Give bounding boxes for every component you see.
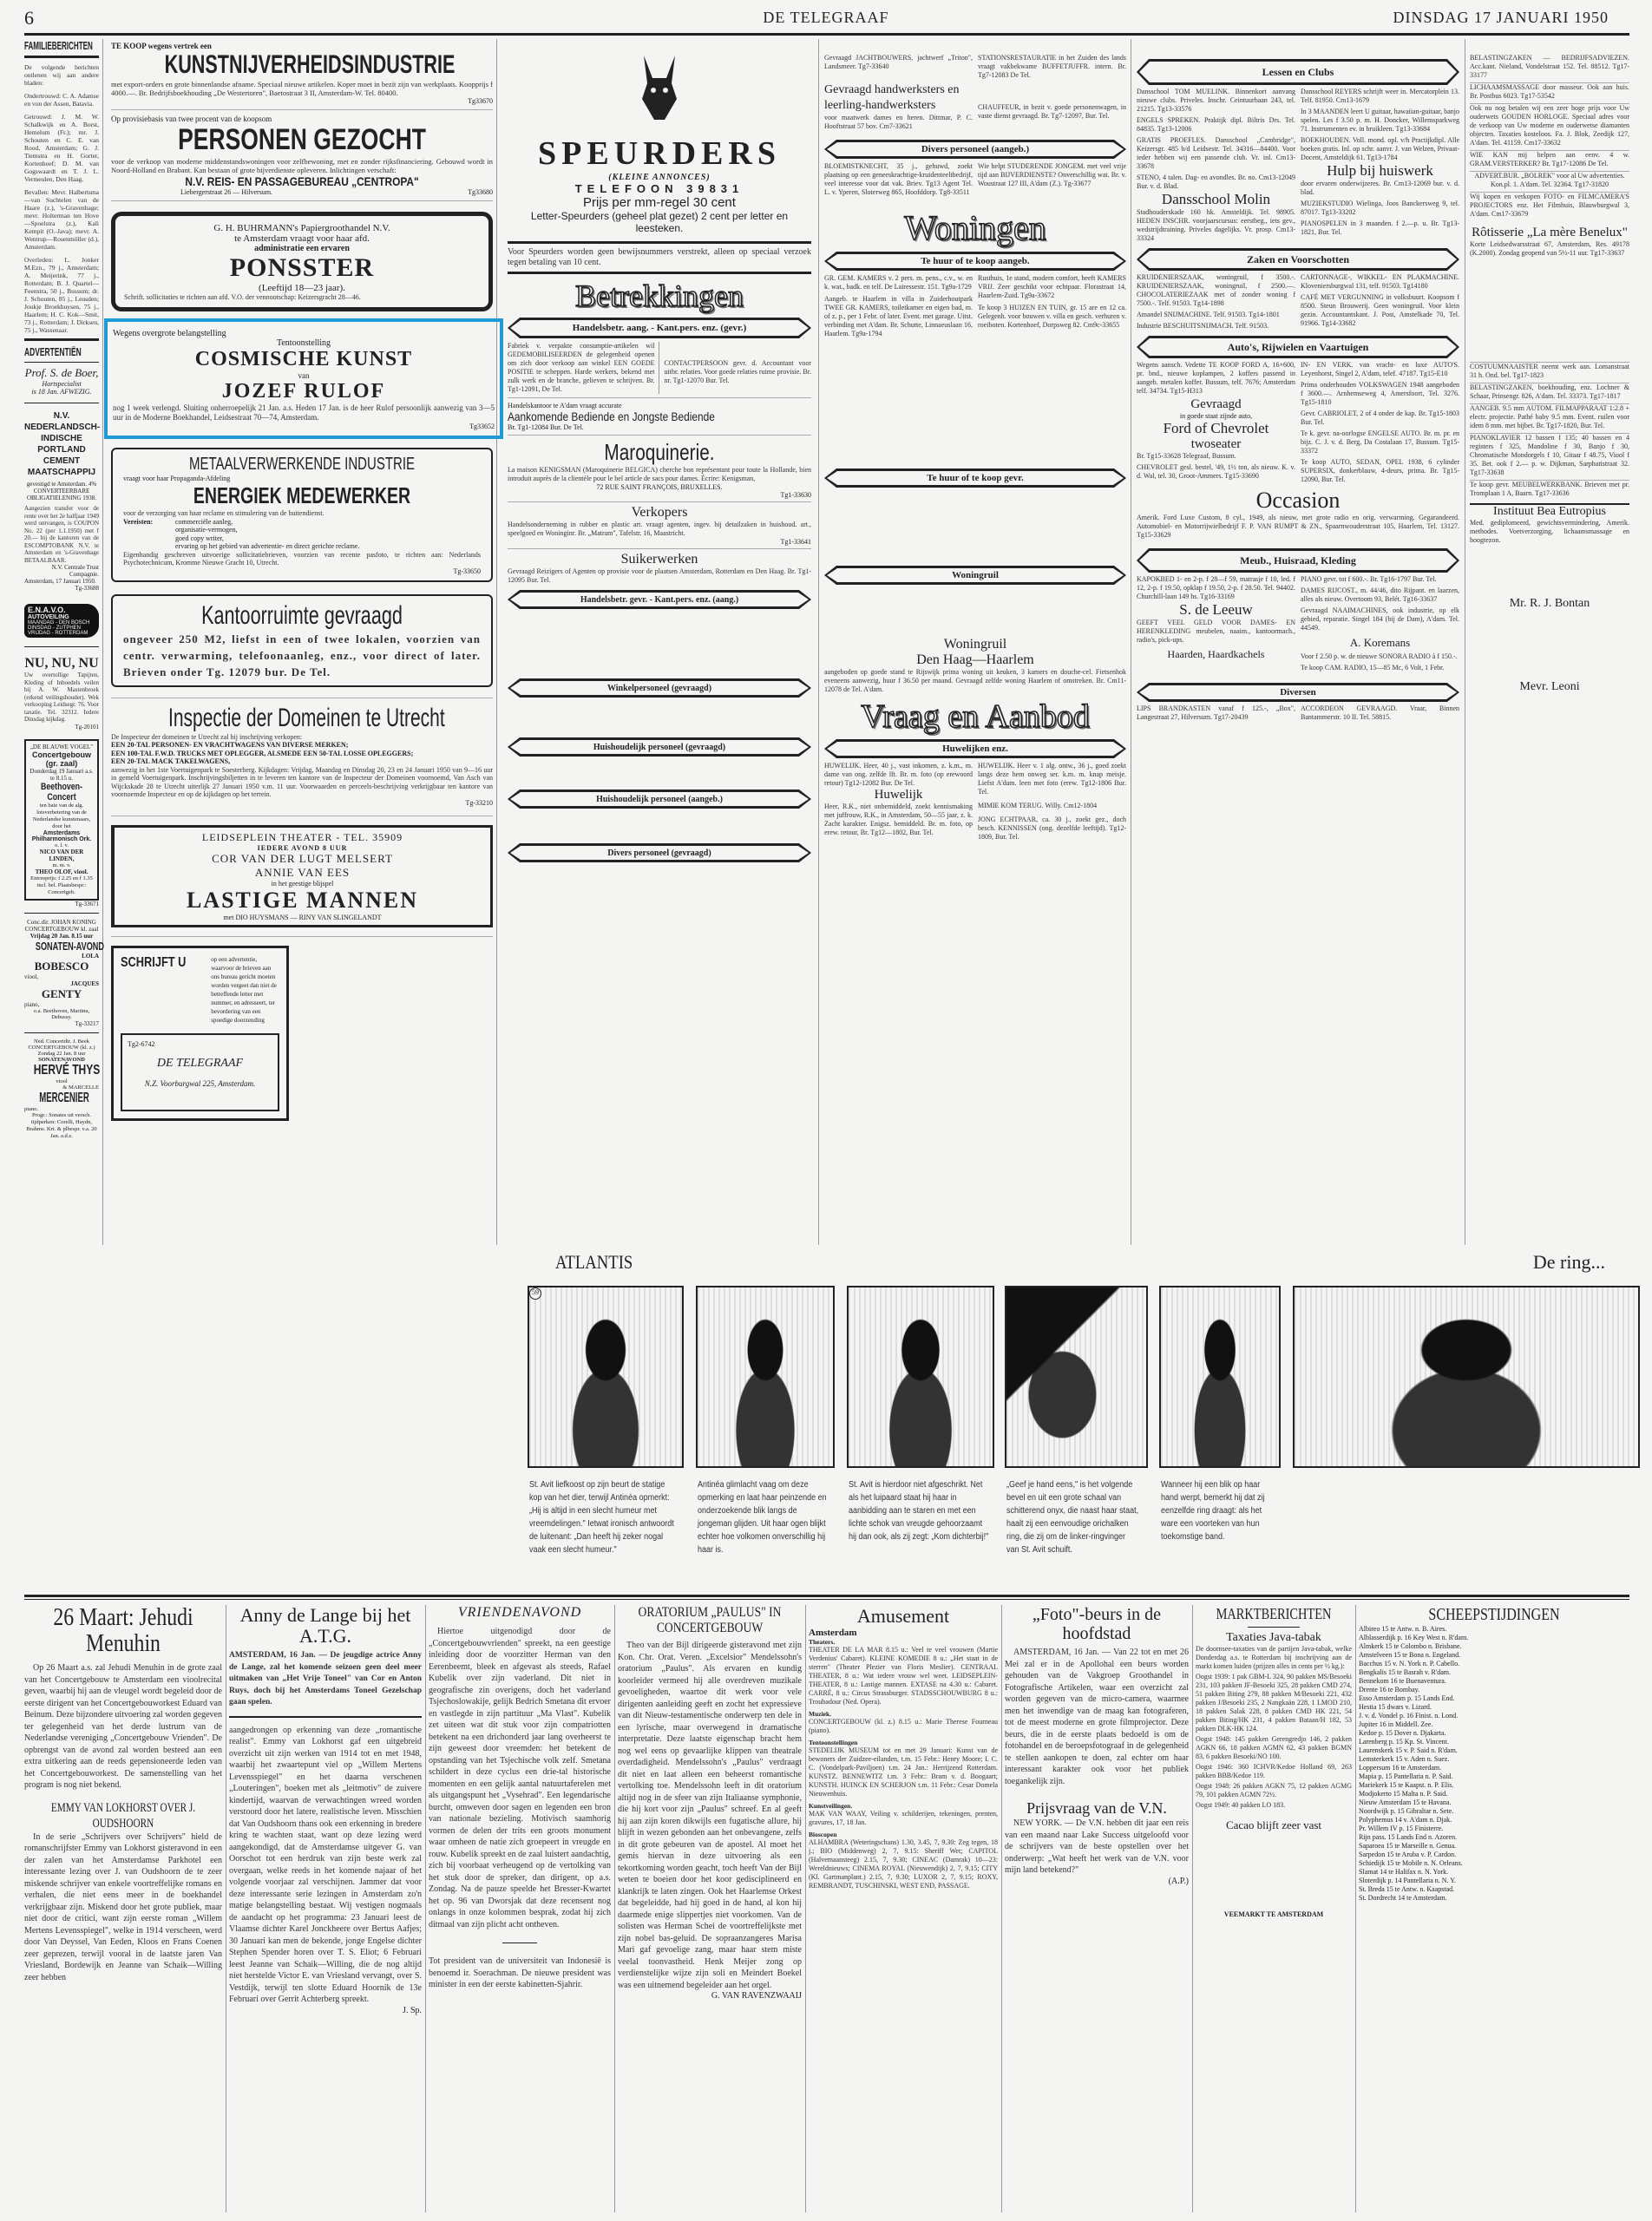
ship-entry: St. Breda 15 te Antw. n. Kaapstad.: [1359, 1885, 1629, 1894]
ship-entry: Rijn pass. 15 Lands End n. Azoren.: [1359, 1833, 1629, 1842]
ship-entry: Almkerk 15 te Colombo n. Brisbane.: [1359, 1642, 1629, 1651]
comic-caption: Wanneer hij een blik op haar hand werpt,…: [1161, 1478, 1278, 1543]
category-banner: Handelsbetr. gevr. - Kant.pers. enz. (aa…: [508, 590, 811, 609]
masthead-rule: [24, 33, 1629, 36]
article-headline: ORATORIUM „PAULUS" IN CONCERTGEBOUW: [632, 1605, 788, 1636]
intro-text: De volgende berichten ontlenen wij aan a…: [24, 63, 99, 87]
category-banner: Huwelijken enz.: [824, 739, 1126, 758]
ship-entry: Jupiter 16 in Middell. Zee.: [1359, 1720, 1629, 1729]
article-foto-beurs: „Foto"-beurs in de hoofdstad AMSTERDAM, …: [1005, 1605, 1189, 1886]
ship-entry: Slamat 14 te Halifax n. N. York.: [1359, 1868, 1629, 1877]
category-banner: Diversen: [1137, 683, 1459, 702]
scheepstijdingen: SCHEEPSTIJDINGEN Albireo 15 te Antw. n. …: [1359, 1605, 1629, 1903]
overleden-text: Overleden: L. Jonker M.Ezn., 79 j., Amst…: [24, 256, 99, 334]
ship-entry: Noordwijk p. 15 Gibraltar n. Sete.: [1359, 1807, 1629, 1816]
column-divider: [818, 39, 819, 1245]
ship-entry: Amstelveen 15 te Bona n. Engeland.: [1359, 1651, 1629, 1660]
speurders-title: SPEURDERS: [508, 134, 811, 173]
comic-subtitle: De ring...: [1533, 1251, 1605, 1274]
ship-entry: Sloterdijk p. 14 Pantellaria n. N. Y.: [1359, 1877, 1629, 1885]
lastige-mannen-title: LASTIGE MANNEN: [121, 888, 483, 914]
marktberichten: MARKTBERICHTEN Taxaties Java-tabak De do…: [1196, 1605, 1352, 1918]
category-banner: Winkelpersoneel (gevraagd): [508, 678, 811, 698]
panel-number: 59: [529, 1287, 541, 1300]
ship-entry: Nieuw Amsterdam 15 te Havana.: [1359, 1798, 1629, 1807]
category-banner: Lessen en Clubs: [1137, 59, 1459, 85]
column-divider: [1465, 39, 1465, 1245]
personen-gezocht-title: PERSONEN GEZOCHT: [153, 123, 450, 157]
article-headline: VRIENDENAVOND: [429, 1605, 611, 1621]
article-headline: EMMY VAN LOKHORST OVER J. OUDSHOORN: [49, 1800, 198, 1831]
section-heading: FAMILIEBERICHTEN: [24, 39, 70, 52]
cosmische-kunst-ad: Wegens overgrote belangstelling Tentoons…: [104, 318, 503, 439]
kunstnijverheid-ad: TE KOOP wegens vertrek een KUNSTNIJVERHE…: [111, 42, 493, 105]
ship-entry: Bennekom 16 te Buenaventura.: [1359, 1677, 1629, 1686]
column-divider: [1131, 39, 1131, 1245]
ship-entry: Kedoe p. 15 Dover n. Djakarta.: [1359, 1729, 1629, 1738]
article-menuhin: 26 Maart: Jehudi Menuhin Op 26 Maart a.s…: [24, 1605, 222, 1983]
category-banner: Woningruil: [824, 566, 1126, 585]
article-headline: Anny de Lange bij het A.T.G.: [229, 1605, 422, 1647]
article-headline: „Foto"-beurs in de hoofdstad: [1005, 1605, 1189, 1643]
category-banner: Te huur of te koop gevr.: [824, 468, 1126, 488]
category-banner: Handelsbetr. aang. - Kant.pers. enz. (ge…: [508, 318, 811, 338]
betrekkingen-heading: Betrekkingen: [508, 278, 811, 314]
comic-title: ATLANTIS: [555, 1251, 633, 1274]
artist-name: JOZEF RULOF: [113, 380, 495, 403]
lessen-en-clubs-column: Lessen en Clubs Dansschool TOM MUELINK. …: [1137, 59, 1459, 722]
ship-entry: Mariekerk 15 te Kaapst. n. P. Elis.: [1359, 1781, 1629, 1790]
article-anny-de-lange: Anny de Lange bij het A.T.G. AMSTERDAM, …: [229, 1605, 422, 2015]
leidseplein-theater-ad: LEIDSEPLEIN THEATER - TEL. 35909 IEDERE …: [111, 825, 493, 927]
column-divider: [496, 39, 497, 1245]
getrouwd-text: Getrouwd: J. M. W. Schalkwijk en A. Bors…: [24, 113, 99, 183]
amusement-listings: Amusement Amsterdam Theaters. THEATER DE…: [809, 1605, 998, 1890]
ship-entry: Larenberg p. 15 Kp. St. Vincent.: [1359, 1738, 1629, 1746]
article-vriendenavond: VRIENDENAVOND Hiertoe uitgenodigd door d…: [429, 1605, 611, 1991]
enavo-ad: E.N.A.V.O. AUTOVEILING MAANDAG - DEN BOS…: [24, 604, 99, 638]
comic-caption: St. Avit liefkoost op zijn beurt de stat…: [529, 1478, 678, 1556]
comic-panel-5: [1159, 1286, 1281, 1468]
ondertrouwd-text: Ondertrouwd: C. A. Adamse en von der Ass…: [24, 92, 99, 108]
woningen-heading: Woningen: [824, 207, 1126, 248]
beethoven-concert-ad: „DE BLAUWE VOGEL" Concertgebouw (gr. zaa…: [24, 739, 99, 901]
herve-thys-ad: Ned. Concertdir. J. Beek CONCERTGEBOUW (…: [24, 1038, 99, 1140]
ship-entry: Saparoea 15 te Marseille n. Genua.: [1359, 1842, 1629, 1851]
category-banner: Huishoudelijk personeel (aangeb.): [508, 789, 811, 809]
ship-entry: Bacchus 15 v. N. York n. P. Cabello.: [1359, 1660, 1629, 1668]
masthead: 6 DE TELEGRAAF DINSDAG 17 JANUARI 1950: [0, 0, 1652, 35]
comic-panel-6: [1293, 1286, 1640, 1468]
cosmische-kunst-title: COSMISCHE KUNST: [113, 348, 495, 371]
ship-entry: Alblasserdijk p. 16 Key West n. R'dam.: [1359, 1634, 1629, 1642]
article-headline: MARKTBERICHTEN: [1211, 1605, 1336, 1623]
ship-entry: J. v. d. Vondel p. 16 Finist. n. Lond.: [1359, 1712, 1629, 1720]
section-rule: [24, 1595, 1629, 1597]
category-banner: Meub., Huisraad, Kleding: [1137, 548, 1459, 573]
category-banner: Zaken en Voorschotten: [1137, 248, 1459, 271]
ship-entry: Sarpedon 15 te Aruba v. P. Cardon.: [1359, 1851, 1629, 1859]
kantoorruimte-ad: Kantoorruimte gevraagd ongeveer 250 M2, …: [111, 594, 493, 687]
article-headline: SCHEEPSTIJDINGEN: [1386, 1605, 1603, 1625]
ship-entry: Albireo 15 te Antw. n. B. Aires.: [1359, 1625, 1629, 1634]
diversen-column: BELASTINGZAKEN — BEDRIJFSADVIEZEN. Acc.k…: [1470, 54, 1629, 694]
sonaten-avond-ad: Conc.dir. JOHAN KONING CONCERTGEBOUW kl.…: [24, 919, 99, 1027]
ship-entry: Loppersum 16 te Amsterdam.: [1359, 1764, 1629, 1772]
ship-entry: Esso Amsterdam p. 15 Lands End.: [1359, 1694, 1629, 1703]
comic-panel-3: [847, 1286, 994, 1468]
familieberichten-column: FAMILIEBERICHTEN De volgende berichten o…: [24, 39, 99, 1140]
ponsster-title: PONSSTER: [124, 253, 480, 283]
woningen-column: Gevraagd JACHTBOUWERS, jachtwerf „Triton…: [824, 54, 1126, 842]
category-banner: Huishoudelijk personeel (gevraagd): [508, 737, 811, 757]
domeinen-ad: Inspectie der Domeinen te Utrecht De Ins…: [111, 704, 493, 807]
display-ads-column: TE KOOP wegens vertrek een KUNSTNIJVERHE…: [111, 42, 493, 1121]
article-oratorium-paulus: ORATORIUM „PAULUS" IN CONCERTGEBOUW Theo…: [618, 1605, 802, 2001]
bevallen-text: Bevallen: Mevr. Halbertsma—van Suchtelen…: [24, 188, 99, 251]
nu-nu-heading: NU, NU, NU: [24, 656, 99, 672]
telegraaf-address-box: Tg2-6742 DE TELEGRAAF N.Z. Voorburgwal 2…: [121, 1033, 279, 1111]
article-headline: 26 Maart: Jehudi Menuhin: [39, 1605, 207, 1657]
category-banner: Divers personeel (gevraagd): [508, 843, 811, 862]
comic-caption: St. Avit is hierdoor niet afgeschrikt. N…: [849, 1478, 989, 1543]
comic-caption: Antinéa glimlacht vaag om deze opmerking…: [698, 1478, 830, 1556]
dog-head-logo-icon: [508, 52, 811, 134]
comic-caption: „Geef je hand eens," is het volgende bev…: [1006, 1478, 1139, 1556]
ship-entry: Bengkalis 15 te Basrah v. R'dam.: [1359, 1668, 1629, 1677]
ship-entry: Drente 16 te Bombay.: [1359, 1686, 1629, 1694]
issue-date: DINSDAG 17 JANUARI 1950: [1393, 9, 1609, 27]
article-headline: Amusement: [809, 1605, 998, 1628]
ship-entry: Schiedijk 15 te Mobile n. N. Orleans.: [1359, 1859, 1629, 1868]
prof-name: Prof. S. de Boer,: [24, 366, 99, 380]
schrijft-u-ad: SCHRIJFT U op een advertentie, waarvoor …: [111, 946, 289, 1121]
ship-entry: Laurenskerk 15 v. P. Said n. R'dam.: [1359, 1746, 1629, 1755]
speurders-phone: TELEFOON 39831: [508, 182, 811, 195]
article-headline: Prijsvraag van de V.N.: [1005, 1799, 1189, 1818]
category-banner: Te huur of te koop aangeb.: [824, 252, 1126, 271]
ship-entry: Polyphemus 14 v. A'dam n. Djak.: [1359, 1816, 1629, 1825]
ship-entry: Mapia p. 15 Pantellaria n. P. Said.: [1359, 1772, 1629, 1781]
metaalverwerkende-ad: METAALVERWERKENDE INDUSTRIE vraagt voor …: [111, 448, 493, 582]
classified-ad: Fabriek v. verpakte consumptie-artikelen…: [508, 342, 659, 394]
column-divider: [102, 39, 103, 1245]
comic-panel-2: [696, 1286, 835, 1468]
category-banner: Auto's, Rijwielen en Vaartuigen: [1137, 336, 1459, 358]
ship-entry: St. Dordrecht 14 te Amsterdam.: [1359, 1894, 1629, 1903]
dog-head-icon: [635, 52, 684, 125]
personen-gezocht-ad: Op provisiebasis van twee procent van de…: [111, 115, 493, 196]
ship-entry: Modjokerto 15 Malta n. P. Said.: [1359, 1790, 1629, 1798]
kunstnijverheid-title: KUNSTNIJVERHEIDSINDUSTRIE: [165, 50, 440, 80]
speurders-column: SPEURDERS (KLEINE ANNONCES) TELEFOON 398…: [508, 52, 811, 862]
ship-entry: Pr. Willem IV p. 15 Finisterre.: [1359, 1825, 1629, 1833]
classified-ad: CONTACTPERSOON gevr. d. Accountant voor …: [665, 342, 812, 394]
ponsster-ad: G. H. BUHRMANN's Papiergroothandel N.V. …: [111, 212, 493, 311]
vraag-en-aanbod-heading: Vraag en Aanbod: [824, 698, 1126, 736]
comic-panel-4: [1005, 1286, 1148, 1468]
comic-panel-1: [528, 1286, 684, 1468]
advertenties-heading: ADVERTENTIËN: [24, 345, 73, 358]
nv-title: N.V. NEDERLANDSCH-INDISCHE PORTLAND CEME…: [24, 410, 99, 478]
ship-list: Albireo 15 te Antw. n. B. Aires. Alblass…: [1359, 1625, 1629, 1903]
ship-entry: Hestia 15 dwars v. Lizard.: [1359, 1703, 1629, 1712]
category-banner: Divers personeel (aangeb.): [824, 140, 1126, 159]
ship-entry: Lemsterkerk 15 v. Aden n. Suez.: [1359, 1755, 1629, 1764]
